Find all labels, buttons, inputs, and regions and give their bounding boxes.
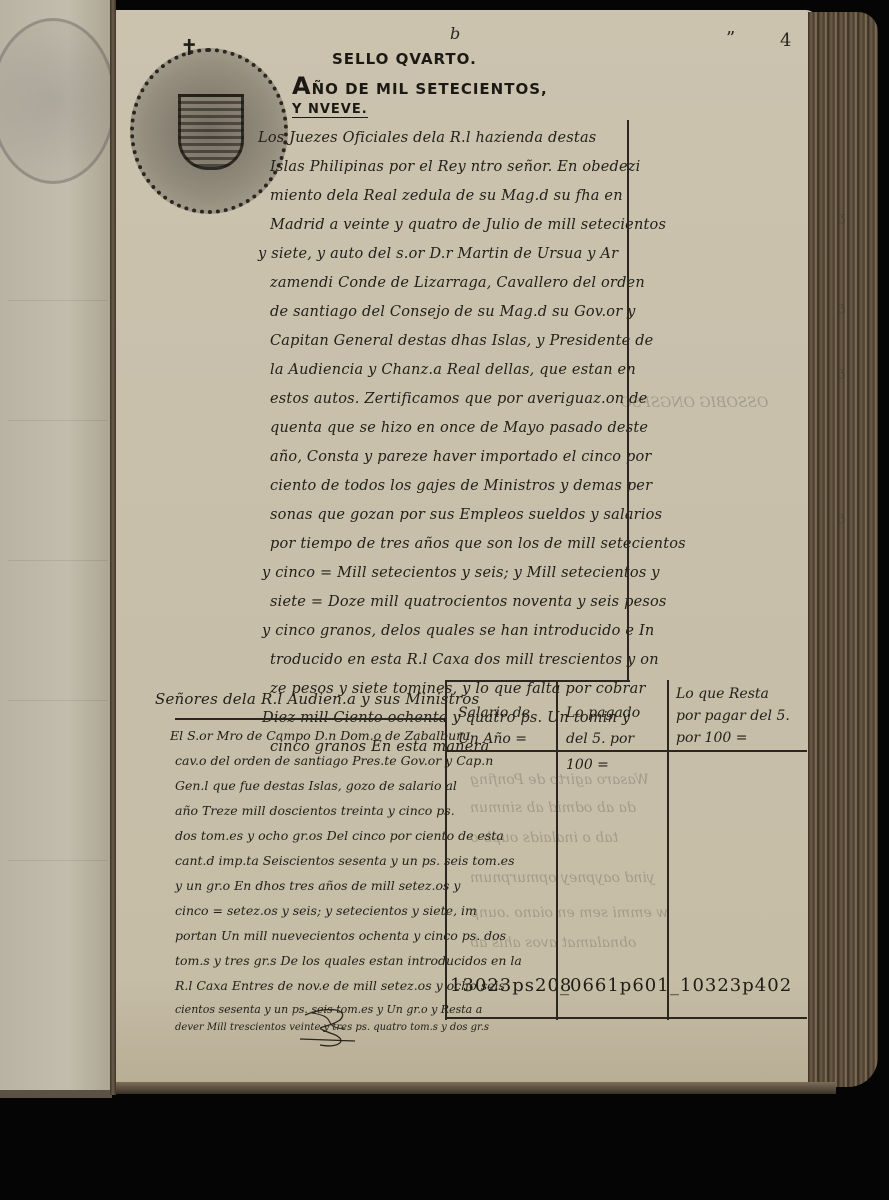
body-line: miento dela Real zedula de su Mag.d su f… — [270, 188, 623, 204]
entry-line: dos tom.es y ocho gr.os Del cinco por ci… — [175, 828, 504, 843]
stamp-line-1: SELLO QVARTO. — [332, 50, 477, 68]
body-line: zamendi Conde de Lizarraga, Cavallero de… — [270, 275, 645, 291]
left-page-facing — [0, 0, 112, 1098]
stamp-line-2: AÑO DE MIL SETECIENTOS, — [292, 72, 548, 100]
total-paid: _0661p601 — [560, 975, 670, 996]
signature-rubric-icon — [300, 1005, 360, 1055]
total-remaining: _10323p402 — [670, 975, 792, 996]
table-column-rule — [556, 680, 558, 1020]
column-header-remaining: Lo que Resta por pagar del 5. por 100 = — [676, 683, 796, 749]
edge-mark: ʒ — [838, 300, 845, 315]
entry-line: portan Un mill nuevecientos ochenta y ci… — [175, 928, 506, 943]
body-line: y siete, y auto del s.or D.r Martin de U… — [258, 246, 618, 262]
stamp-line-2-text: ÑO DE MIL SETECIENTOS, — [312, 80, 548, 98]
bleed-through-text: yind oaypney opmurpnum — [470, 870, 655, 886]
bleed-through-line — [8, 700, 108, 701]
table-column-rule — [667, 680, 669, 1020]
entry-line: Gen.l que fue destas Islas, gozo de sala… — [175, 778, 457, 793]
body-line: de santiago del Consejo de su Mag.d su G… — [270, 304, 636, 320]
table-left-header: Señores dela R.l Audien.a y sus Ministro… — [155, 690, 479, 708]
body-line: ciento de todos los gajes de Ministros y… — [270, 478, 652, 494]
folio-top-mark: b — [450, 24, 460, 43]
entry-line: cinco = setez.os y seis; y setecientos y… — [175, 903, 477, 918]
body-line: y cinco granos, delos quales se han intr… — [262, 623, 654, 639]
stamp-initial: A — [292, 72, 312, 100]
coat-of-arms-icon — [178, 94, 244, 170]
body-line: estos autos. Zertificamos que por averig… — [270, 391, 647, 407]
text-end-rule — [445, 680, 630, 682]
stamp-line-3: Y NVEVE. — [292, 102, 368, 118]
entry-line: tom.s y tres gr.s De los quales estan in… — [175, 953, 522, 968]
bleed-through-line — [8, 300, 108, 301]
body-line: Los Juezes Oficiales dela R.l hazienda d… — [258, 130, 596, 146]
body-line: Capitan General destas dhas Islas, y Pre… — [270, 333, 653, 349]
total-salary: 13023ps208 — [450, 975, 572, 996]
page-bottom-edge — [116, 1082, 836, 1094]
cross-icon: ✝ — [180, 36, 198, 61]
margin-rule — [627, 120, 629, 680]
folio-quote-mark: ” — [726, 28, 735, 49]
body-line: y cinco = Mill setecientos y seis; y Mil… — [262, 565, 660, 581]
edge-mark: ʒ — [838, 365, 845, 380]
entry-line: cav.o del orden de santiago Pres.te Gov.… — [175, 753, 493, 768]
bleed-through-line — [8, 560, 108, 561]
bleed-through-seal — [0, 18, 116, 184]
body-line: quenta que se hizo en once de Mayo pasad… — [270, 420, 648, 436]
table-bottom-rule — [445, 1017, 807, 1019]
entry-line: año Treze mill doscientos treinta y cinc… — [175, 803, 455, 818]
body-line: siete = Doze mill quatrocientos noventa … — [270, 594, 667, 610]
body-line: por tiempo de tres años que son los de m… — [270, 536, 686, 552]
header-underline — [175, 718, 445, 720]
bleed-through-line — [8, 860, 108, 861]
edge-mark: ʒ — [838, 510, 845, 525]
body-line: la Audiencia y Chanz.a Real dellas, que … — [270, 362, 636, 378]
entry-line: El S.or Mro de Campo D.n Dom.o de Zabalb… — [170, 728, 470, 743]
body-line: año, Consta y pareze haver importado el … — [270, 449, 652, 465]
bleed-through-line — [8, 420, 108, 421]
entry-line: y un gr.o En dhos tres años de mill sete… — [175, 878, 460, 893]
page-block-edge — [808, 12, 878, 1087]
column-header-salary: Salario de Un Año = — [458, 700, 550, 752]
edge-mark: ʒ — [838, 210, 845, 225]
body-line: sonas que gozan por sus Empleos sueldos … — [270, 507, 662, 523]
bleed-through-text: da ab odmid ab sinmun — [470, 800, 636, 816]
column-header-paid: Lo pagado del 5. por 100 = — [566, 700, 664, 778]
manuscript-scan: OSSOBIG ONGSPSO Wasaro agirto de Ponfing… — [0, 0, 889, 1200]
bleed-through-text: w emmi sem en oiano .ounp — [470, 905, 668, 921]
entry-line: cant.d imp.ta Seiscientos sesenta y un p… — [175, 853, 515, 868]
body-line: troducido en esta R.l Caxa dos mill tres… — [270, 652, 659, 668]
folio-number: 4 — [780, 30, 791, 51]
body-line: Madrid a veinte y quatro de Julio de mil… — [270, 217, 666, 233]
body-line: Islas Philipinas por el Rey ntro señor. … — [270, 159, 641, 175]
